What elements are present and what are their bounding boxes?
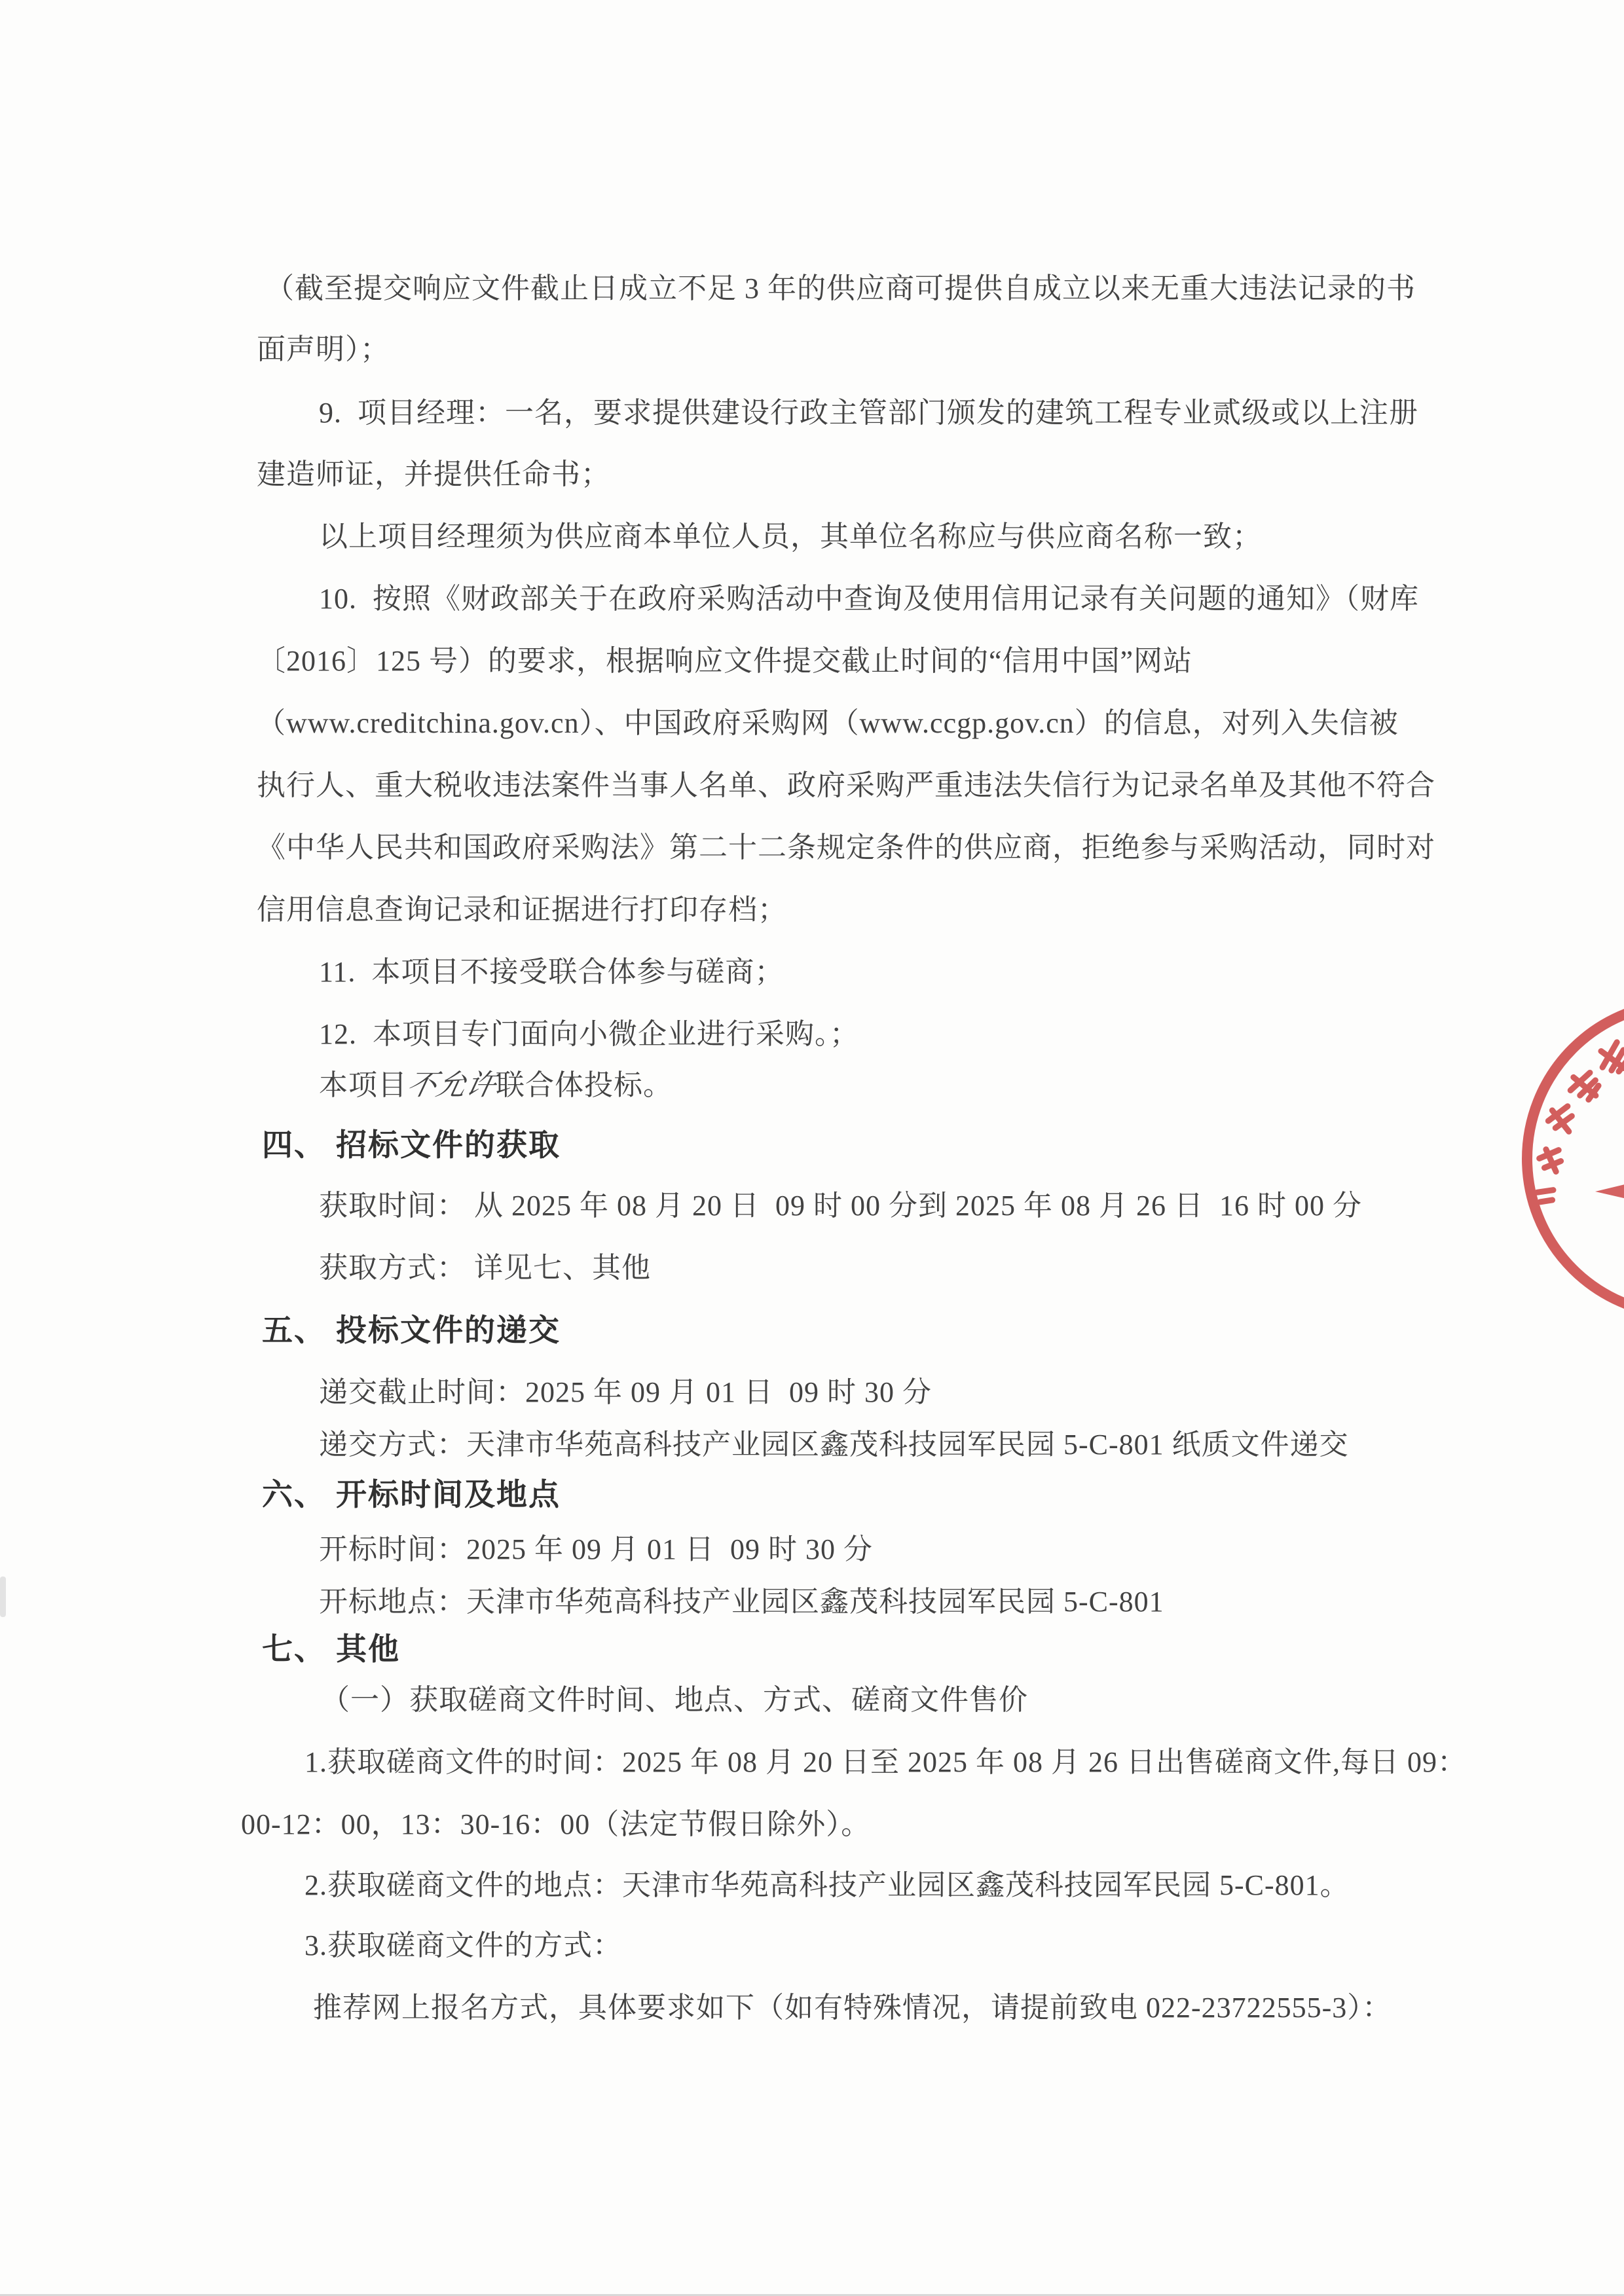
para-line-17-acquisition-method: 获取方式： 详见七、其他 <box>319 1252 651 1285</box>
para-line-13-item-12: 12. 本项目专门面向小微企业进行采购。； <box>319 1018 859 1051</box>
scan-artifact-mark <box>0 1576 6 1617</box>
para-line-26-doc-time: 1.获取磋商文件的时间：2025 年 08 月 20 日至 2025 年 08 … <box>304 1746 1467 1779</box>
para-line-08-urls: （www.creditchina.gov.cn）、中国政府采购网（www.ccg… <box>257 707 1399 740</box>
heading-section-5-bid-submission: 五、 投标文件的递交 <box>262 1313 561 1348</box>
para-line-14-no-consortium: 本项目不允许联合体投标。 <box>319 1069 673 1102</box>
scanned-document-page: （截至提交响应文件截止日成立不足 3 年的供应商可提供自成立以来无重大违法记录的… <box>0 0 1624 2296</box>
para-line-22-opening-time: 开标时间：2025 年 09 月 01 日 09 时 30 分 <box>319 1533 873 1567</box>
para-line-29-doc-method: 3.获取磋商文件的方式： <box>304 1929 622 1963</box>
para-line-19-submission-deadline: 递交截止时间：2025 年 09 月 01 日 09 时 30 分 <box>319 1376 932 1410</box>
no-consortium-prefix: 本项目 <box>319 1069 407 1101</box>
para-line-12-item-11: 11. 本项目不接受联合体参与磋商； <box>319 956 784 989</box>
red-seal-stamp-icon <box>1500 975 1624 1381</box>
seal-star-point <box>1595 1164 1624 1215</box>
heading-section-4-bid-docs-acquisition: 四、 招标文件的获取 <box>262 1127 561 1163</box>
para-line-11: 信用信息查询记录和证据进行打印存档； <box>257 894 787 927</box>
para-line-10: 《中华人民共和国政府采购法》第二十二条规定条件的供应商，拒绝参与采购活动，同时对 <box>257 831 1435 865</box>
para-line-23-opening-location: 开标地点：天津市华苑高科技产业园区鑫茂科技园军民园 5-C-801 <box>319 1586 1164 1619</box>
para-line-20-submission-method: 递交方式：天津市华苑高科技产业园区鑫茂科技园军民园 5-C-801 纸质文件递交 <box>319 1429 1349 1462</box>
para-line-30-online-registration: 推荐网上报名方式，具体要求如下（如有特殊情况，请提前致电 022-2372255… <box>313 1992 1392 2025</box>
para-line-05: 以上项目经理须为供应商本单位人员，其单位名称应与供应商名称一致； <box>319 520 1262 554</box>
no-consortium-suffix: 联合体投标。 <box>496 1069 673 1101</box>
para-line-16-acquisition-time: 获取时间： 从 2025 年 08 月 20 日 09 时 00 分到 2025… <box>319 1190 1362 1223</box>
no-consortium-emphasis: 不允许 <box>404 1069 500 1102</box>
para-line-01: （截至提交响应文件截止日成立不足 3 年的供应商可提供自成立以来无重大违法记录的… <box>265 272 1416 306</box>
para-line-09: 执行人、重大税收违法案件当事人名单、政府采购严重违法失信行为记录名单及其他不符合 <box>257 769 1435 803</box>
para-line-07: 〔2016〕125 号）的要求，根据响应文件提交截止时间的“信用中国”网站 <box>257 645 1192 678</box>
para-line-02: 面声明）； <box>257 333 390 367</box>
para-line-27-doc-hours: 00-12：00，13：30-16：00（法定节假日除外）。 <box>241 1808 870 1842</box>
heading-section-7-others: 七、 其他 <box>262 1631 400 1667</box>
para-line-04: 建造师证，并提供任命书； <box>257 458 610 492</box>
para-line-03-item-9: 9. 项目经理：一名，要求提供建设行政主管部门颁发的建筑工程专业贰级或以上注册 <box>319 397 1418 430</box>
heading-section-6-bid-opening: 六、 开标时间及地点 <box>262 1477 561 1512</box>
para-line-06-item-10: 10. 按照《财政部关于在政府采购活动中查询及使用信用记录有关问题的通知》（财库 <box>319 583 1419 616</box>
para-line-25-subsection-1: （一）获取磋商文件时间、地点、方式、磋商文件售价 <box>321 1684 1028 1717</box>
para-line-28-doc-location: 2.获取磋商文件的地点：天津市华苑高科技产业园区鑫茂科技园军民园 5-C-801… <box>304 1869 1350 1903</box>
